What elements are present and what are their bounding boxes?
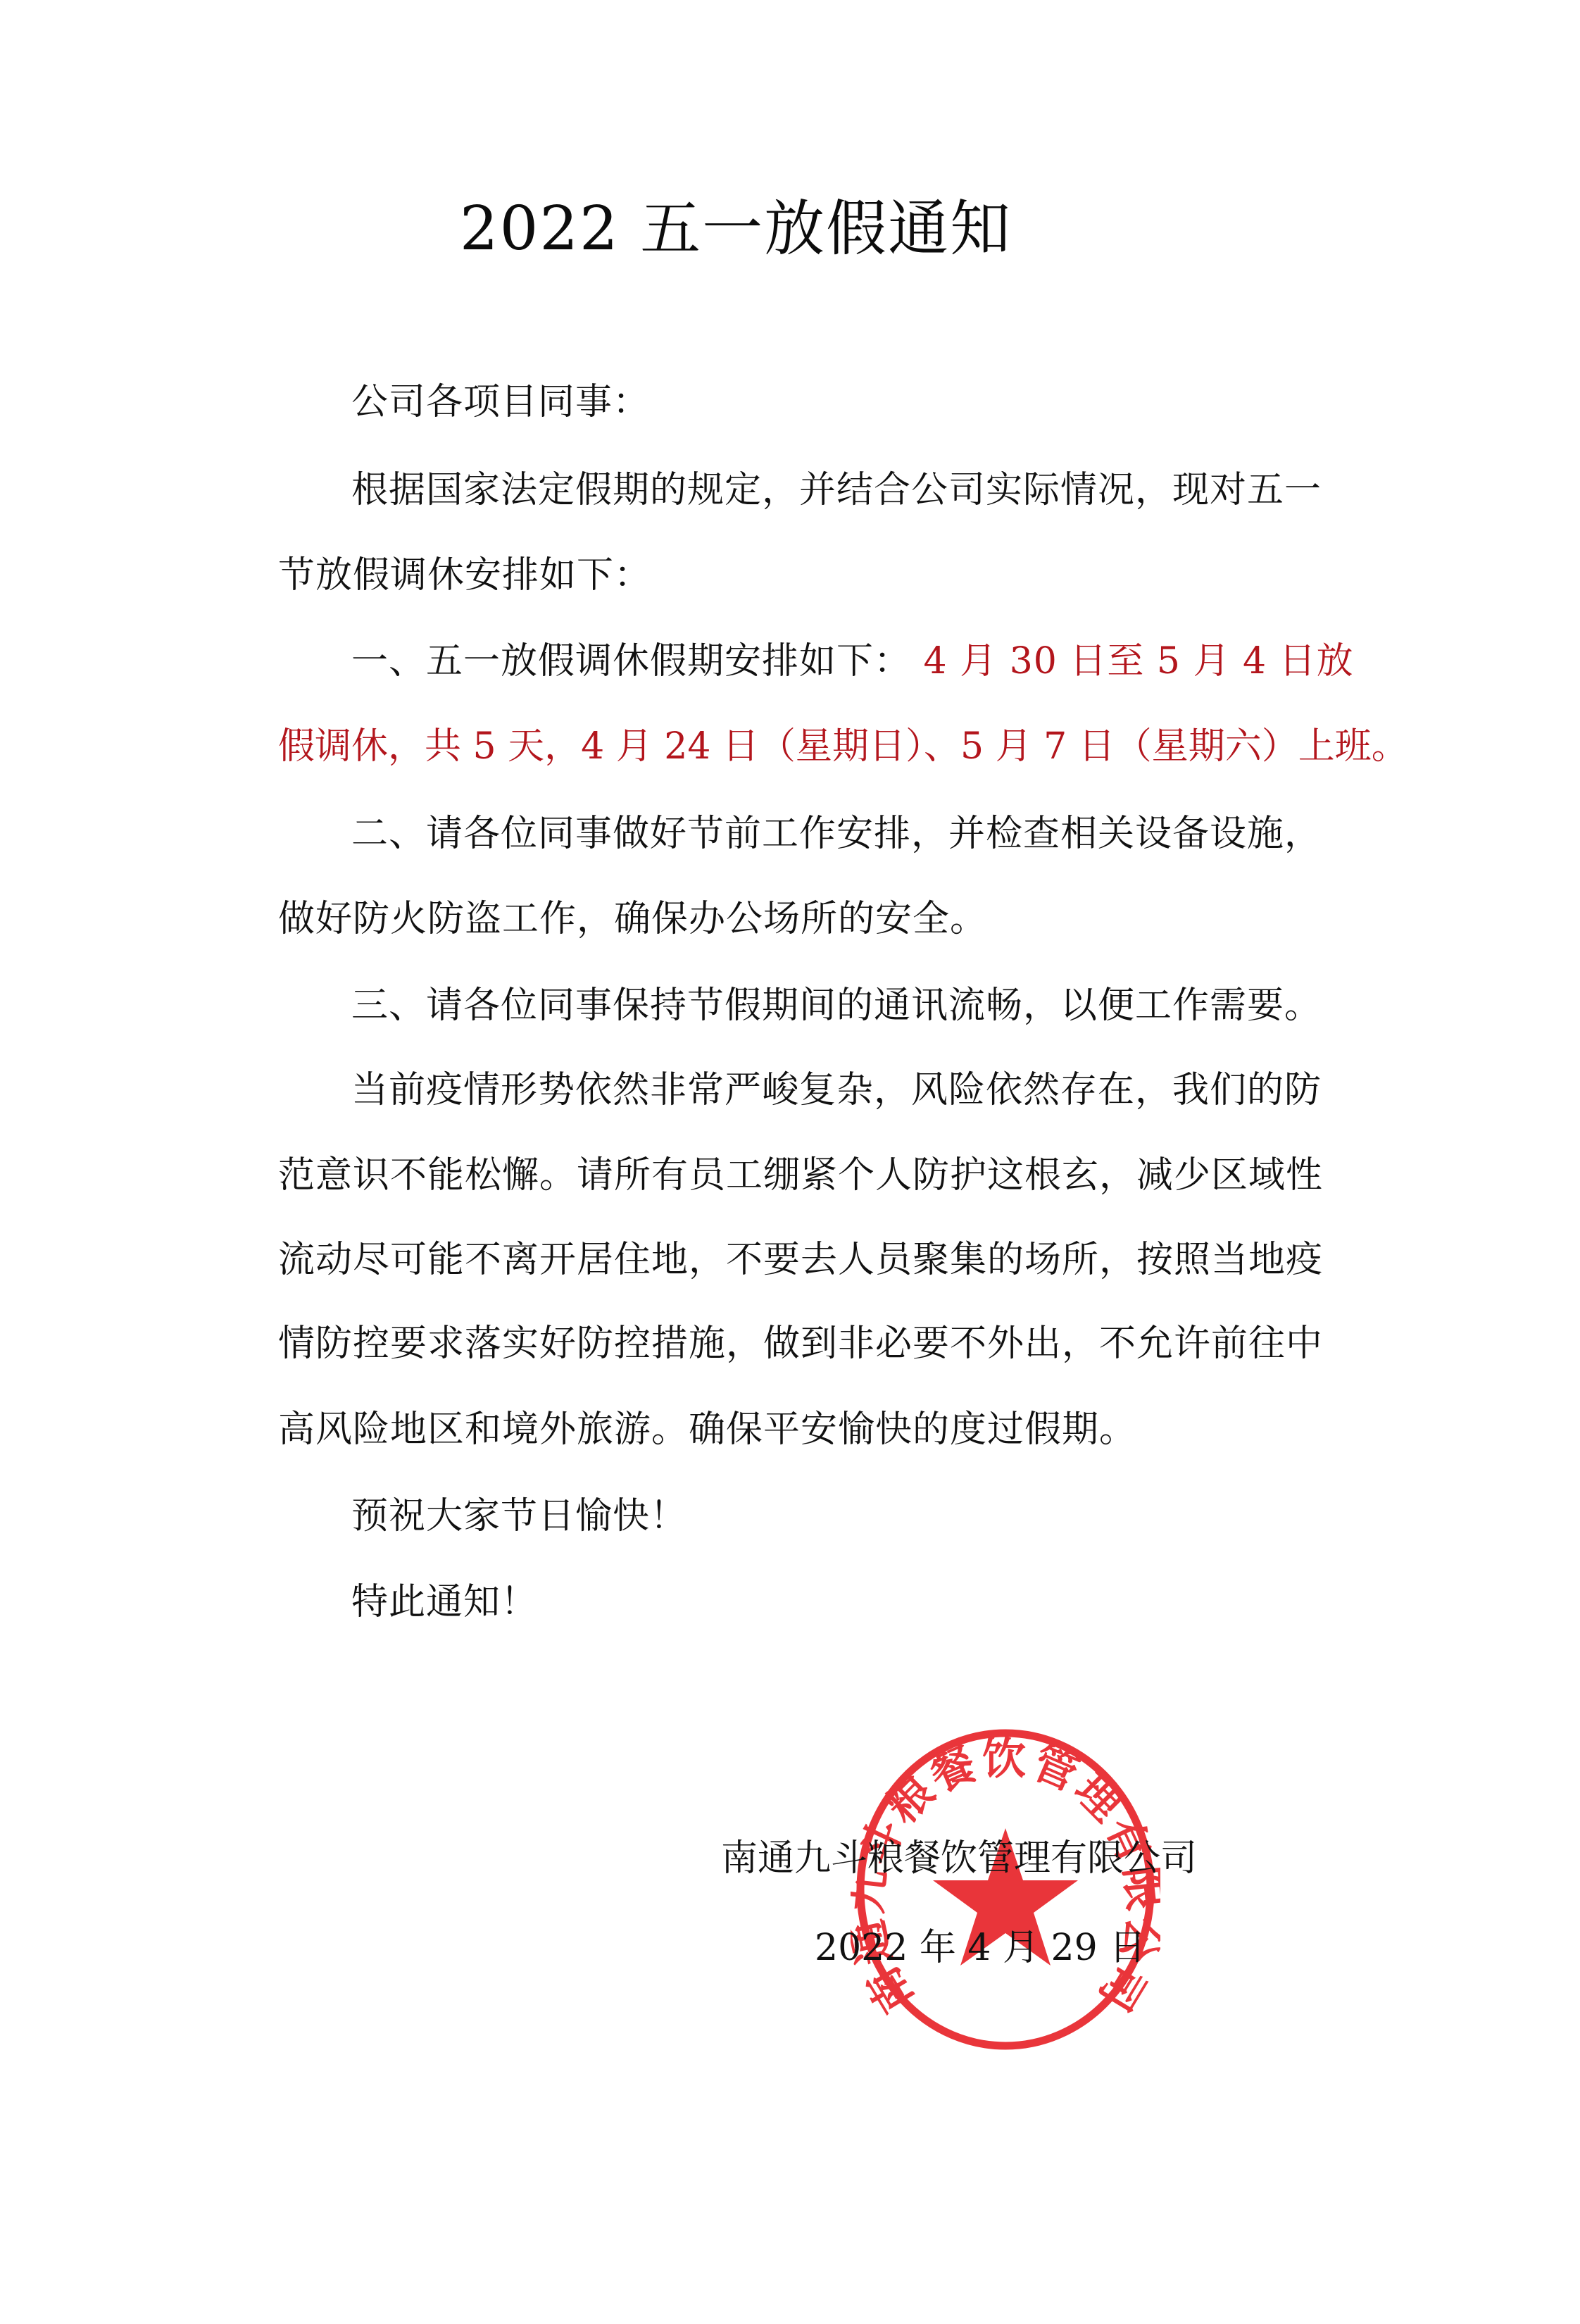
item-2-line-2: 做好防火防盗工作，确保办公场所的安全。 <box>278 894 1320 944</box>
company-seal-stamp: 南通九斗粮餐饮管理有限公司 <box>851 1724 1160 2055</box>
holiday-dates-highlight: 4 月 30 日至 5 月 4 日放 <box>924 640 1354 682</box>
item-1-line-2: 假调休，共 5 天，4 月 24 日（星期日）、5 月 7 日（星期六）上班。 <box>278 722 1320 771</box>
intro-line-2: 节放假调休安排如下： <box>278 551 1320 600</box>
epidemic-line-2: 范意识不能松懈。请所有员工绷紧个人防护这根玄，减少区域性 <box>278 1151 1320 1200</box>
epidemic-line-4: 情防控要求落实好防控措施，做到非必要不外出，不允许前往中 <box>278 1319 1320 1368</box>
salutation: 公司各项目同事： <box>351 377 1393 427</box>
item-2-line-1: 二、请各位同事做好节前工作安排，并检查相关设备设施， <box>351 809 1393 858</box>
wish-line: 预祝大家节日愉快！ <box>351 1492 1393 1541</box>
intro-line-1: 根据国家法定假期的规定，并结合公司实际情况，现对五一 <box>351 466 1393 515</box>
signature-date: 2022 年 4 月 29 日 <box>815 1923 1146 1973</box>
notice-title: 2022 五一放假通知 <box>0 190 1472 268</box>
epidemic-line-5: 高风险地区和境外旅游。确保平安愉快的度过假期。 <box>278 1405 1320 1454</box>
item-3-line-1: 三、请各位同事保持节假期间的通讯流畅，以便工作需要。 <box>351 981 1393 1030</box>
epidemic-line-3: 流动尽可能不离开居住地，不要去人员聚集的场所，按照当地疫 <box>278 1235 1320 1285</box>
closing-line: 特此通知！ <box>351 1578 1393 1627</box>
item-1-line-1: 一、五一放假调休假期安排如下： 4 月 30 日至 5 月 4 日放 <box>351 637 1393 686</box>
epidemic-line-1: 当前疫情形势依然非常严峻复杂，风险依然存在，我们的防 <box>351 1066 1393 1115</box>
signature-company: 南通九斗粮餐饮管理有限公司 <box>721 1834 1197 1883</box>
notice-page: 2022 五一放假通知 公司各项目同事： 根据国家法定假期的规定，并结合公司实际… <box>0 0 1580 2324</box>
item-1-label: 一、五一放假调休假期安排如下： <box>351 640 911 682</box>
